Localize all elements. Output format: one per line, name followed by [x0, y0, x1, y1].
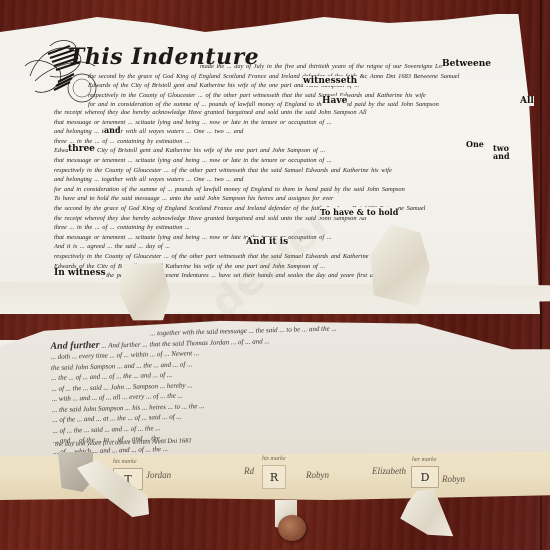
- keyword-and: and: [104, 125, 121, 135]
- keyword-three: three: [68, 144, 95, 154]
- signatory-name: Jordan: [146, 470, 171, 480]
- mark-label: his marke: [262, 456, 286, 462]
- wax-seal: [278, 515, 306, 541]
- text-line: respectively in the County of Gloucester…: [54, 166, 538, 176]
- text-line: the second by the grace of God King of E…: [54, 204, 538, 214]
- keyword-witnesseth: witnesseth: [303, 76, 357, 86]
- keyword-all: All: [520, 96, 534, 106]
- text-line: respectively in the County of Gloucester…: [88, 91, 538, 101]
- keyword-to-have-and-to-hold: To have & to hold: [320, 207, 398, 217]
- text-line: three ... in the ... of ... containing b…: [54, 223, 538, 233]
- text-line: the receipt whereof they doe hereby ackn…: [54, 214, 538, 224]
- lower-opening-word: And further: [50, 339, 99, 351]
- text-line: that messuage or tenement ... scituate l…: [54, 156, 538, 166]
- text-line: the receipt whereof they doe hereby ackn…: [54, 108, 538, 118]
- keyword-and-it-is: And it is: [246, 237, 288, 247]
- text-line: and belonging ... together with all waye…: [54, 127, 538, 137]
- signature-mark-box: R: [262, 465, 286, 489]
- signatory-name: Robyn: [442, 474, 465, 484]
- keyword-one: One: [466, 139, 484, 149]
- signature-mark-box: D: [411, 466, 439, 488]
- text-line: for and in consideration of the summe of…: [54, 185, 538, 195]
- text-line: To have and to hold the said messuage ..…: [54, 194, 538, 204]
- signature-mark: R: [270, 471, 278, 484]
- text-line: that messuage or tenement ... scituate l…: [54, 233, 538, 243]
- upper-indenture-text-block-2: the receipt whereof they doe hereby ackn…: [54, 108, 538, 280]
- keyword-have: Have: [322, 96, 347, 106]
- initials: Rd: [244, 466, 254, 476]
- signature-mark: D: [421, 471, 430, 484]
- text-line: and belonging ... together with all waye…: [54, 175, 538, 185]
- mark-label: his marke: [113, 459, 137, 465]
- text-line: for and in consideration of the summe of…: [88, 100, 538, 108]
- text-line: that messuage or tenement ... scituate l…: [54, 118, 538, 128]
- keyword-and: and: [493, 151, 510, 161]
- signatory-name: Robyn: [306, 470, 329, 480]
- keyword-in-witness: In witness: [54, 268, 106, 278]
- signatory-name: Elizabeth: [372, 466, 406, 476]
- keyword-betweene: Betweene: [442, 59, 491, 69]
- text-line: respectively in the County of Gloucester…: [54, 252, 538, 262]
- text-line: And it is ... agreed ... the said ... da…: [54, 242, 538, 252]
- mark-label: her marke: [412, 457, 437, 463]
